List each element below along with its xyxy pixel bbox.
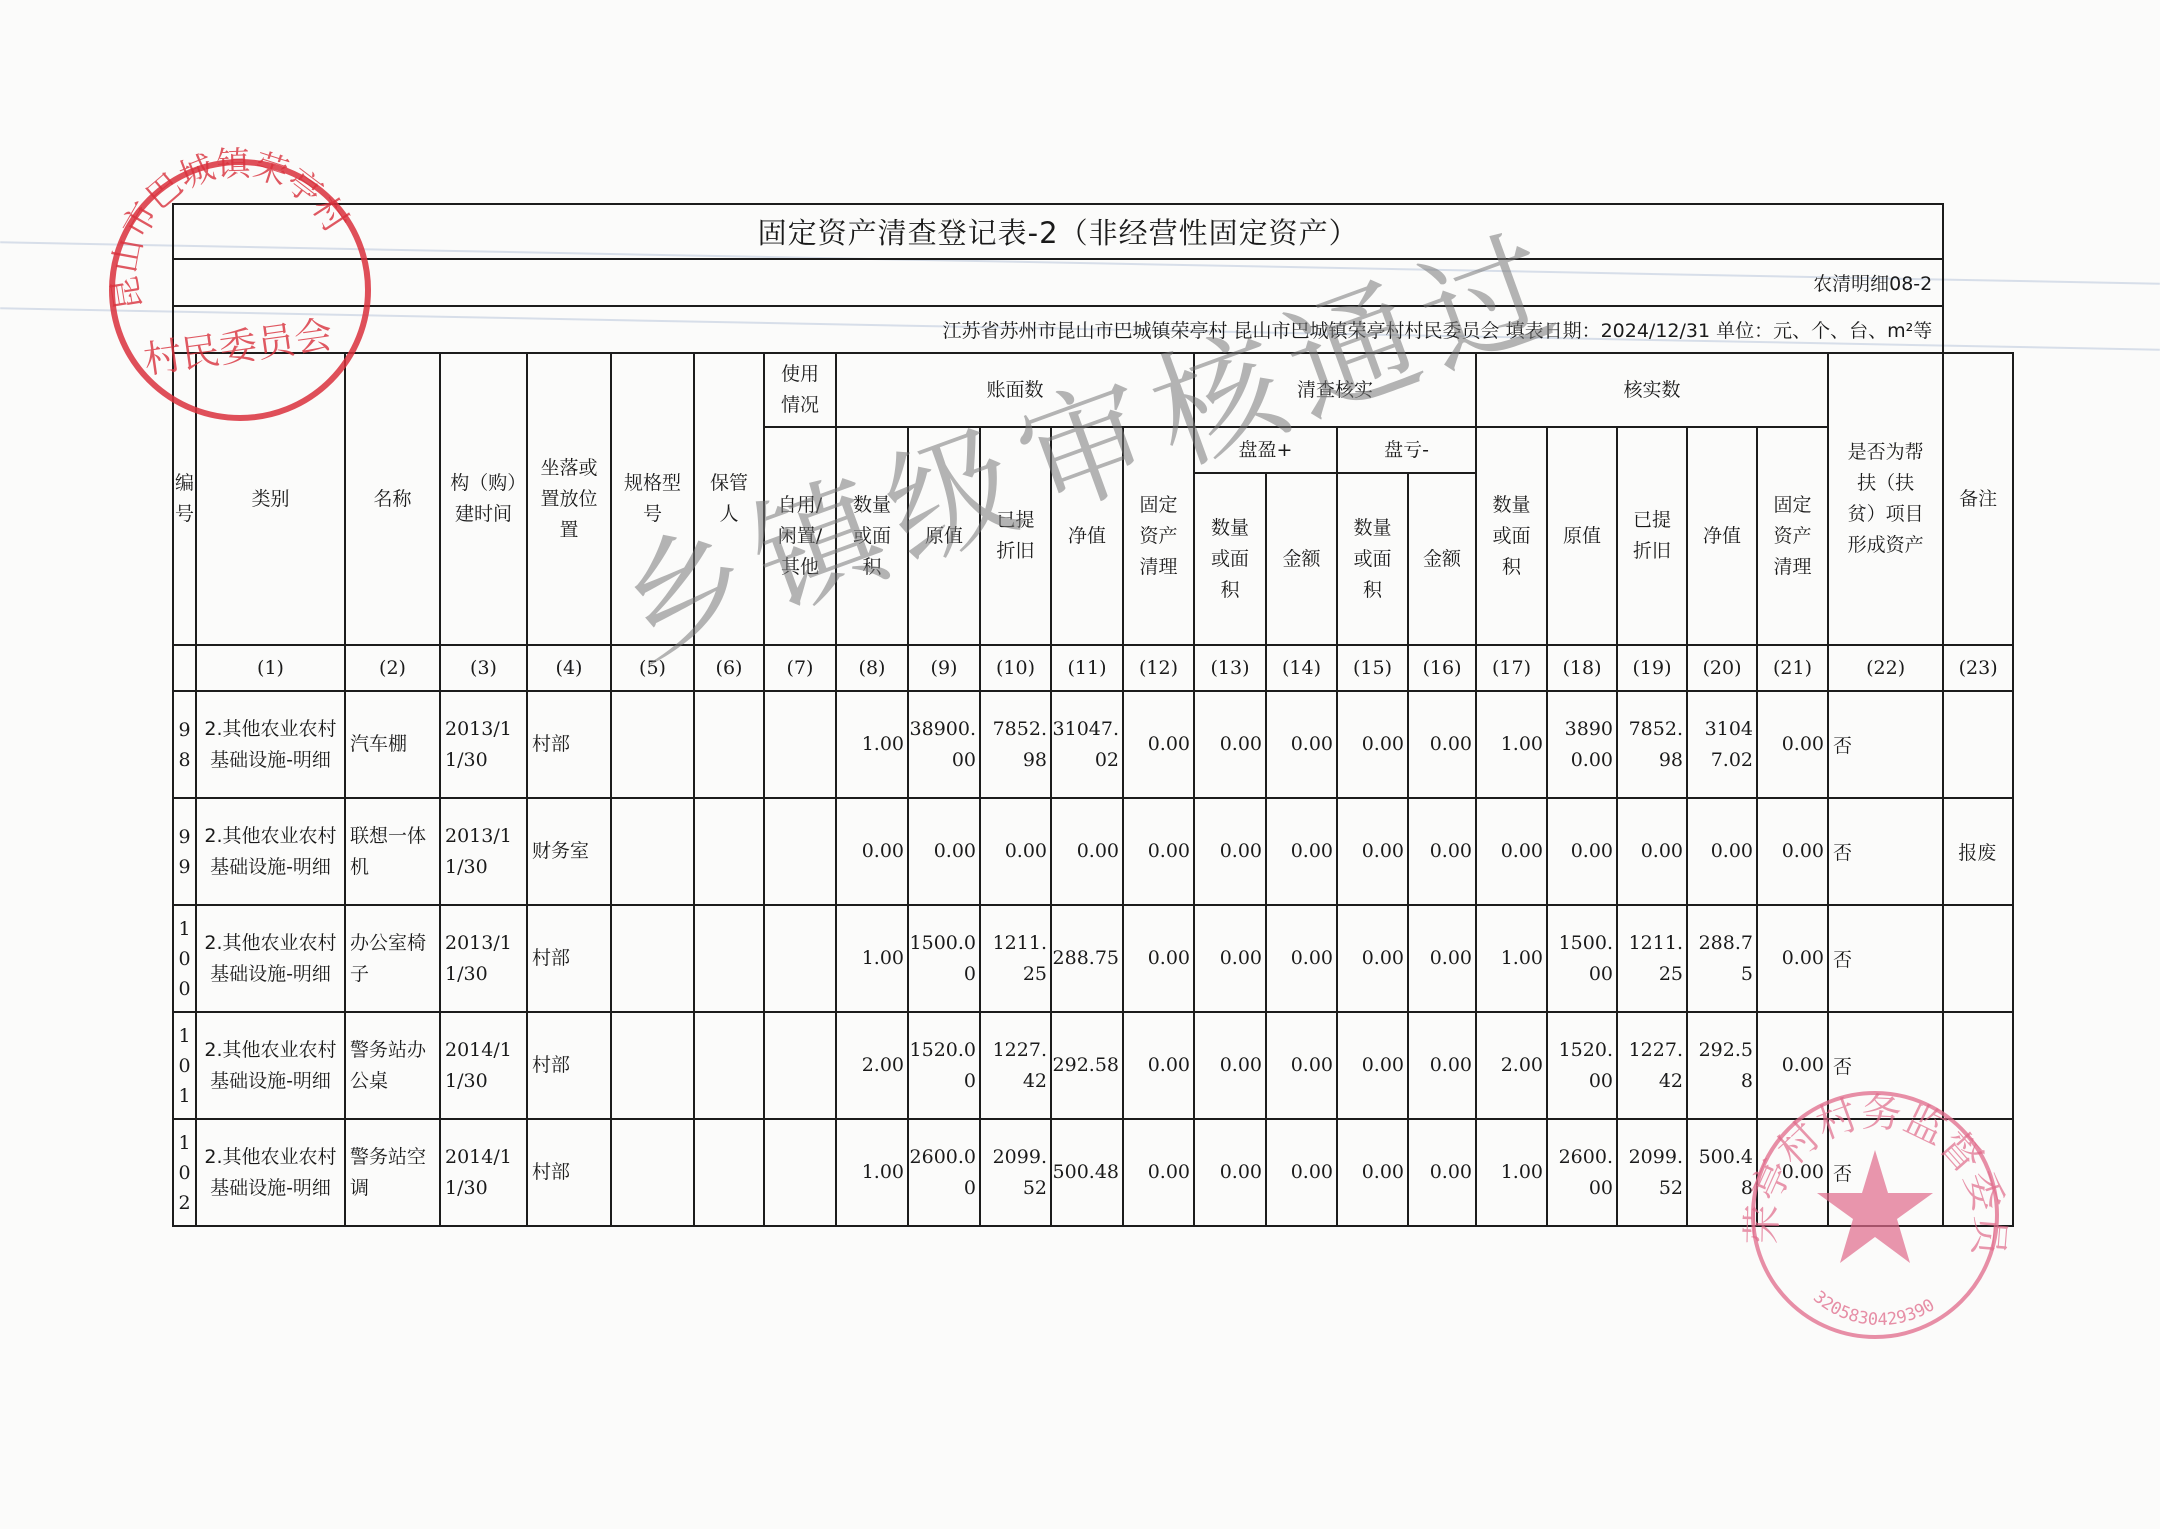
- column-number: (21): [1757, 645, 1828, 691]
- header-ver-net: 净值: [1687, 427, 1757, 645]
- header-loss-amt: 金额: [1408, 473, 1476, 645]
- cell-keeper: [694, 798, 764, 905]
- cell-ver-qty: 1.00: [1476, 905, 1547, 1012]
- cell-name: 联想一体机: [345, 798, 440, 905]
- cell-surplus-qty: 0.00: [1194, 1119, 1266, 1226]
- cell-book-qty: 1.00: [836, 1119, 908, 1226]
- cell-spec: [611, 905, 694, 1012]
- cell-ver-orig: 0.00: [1547, 798, 1617, 905]
- cell-surplus-amt: 0.00: [1266, 1012, 1337, 1119]
- column-number: (6): [694, 645, 764, 691]
- document-page: 固定资产清查登记表-2（非经营性固定资产） 农清明细08-2 江苏省苏州市昆山市…: [0, 0, 2160, 1529]
- cell-ver-dep: 1227.42: [1617, 1012, 1687, 1119]
- cell-book-orig: 1500.00: [908, 905, 980, 1012]
- cell-spec: [611, 798, 694, 905]
- table-row: 1012.其他农业农村基础设施-明细警务站办公桌2014/11/30村部2.00…: [173, 1012, 2013, 1119]
- cell-loss-qty: 0.00: [1337, 1119, 1408, 1226]
- cell-id: 99: [173, 798, 196, 905]
- column-number: (11): [1051, 645, 1123, 691]
- cell-surplus-qty: 0.00: [1194, 691, 1266, 798]
- header-location: 坐落或置放位置: [527, 353, 611, 645]
- cell-id: 98: [173, 691, 196, 798]
- cell-spec: [611, 1119, 694, 1226]
- header-ver-dep: 已提折旧: [1617, 427, 1687, 645]
- header-keeper: 保管人: [694, 353, 764, 645]
- column-number: (8): [836, 645, 908, 691]
- cell-name: 警务站办公桌: [345, 1012, 440, 1119]
- cell-loss-amt: 0.00: [1408, 1119, 1476, 1226]
- cell-loss-qty: 0.00: [1337, 905, 1408, 1012]
- cell-book-dep: 1211.25: [980, 905, 1051, 1012]
- column-number: (19): [1617, 645, 1687, 691]
- cell-usage: [764, 1012, 836, 1119]
- column-number: (22): [1828, 645, 1943, 691]
- cell-book-qty: 2.00: [836, 1012, 908, 1119]
- cell-ver-dep: 7852.98: [1617, 691, 1687, 798]
- column-number-row: (1)(2)(3)(4)(5)(6)(7)(8)(9)(10)(11)(12)(…: [173, 645, 2013, 691]
- form-info-line: 江苏省苏州市昆山市巴城镇荣亭村 昆山市巴城镇荣亭村村民委员会 填表日期：2024…: [173, 306, 1943, 353]
- cell-usage: [764, 691, 836, 798]
- header-ver-orig: 原值: [1547, 427, 1617, 645]
- cell-book-clear: 0.00: [1123, 798, 1194, 905]
- cell-location: 村部: [527, 691, 611, 798]
- cell-remark: [1943, 691, 2013, 798]
- column-number: (12): [1123, 645, 1194, 691]
- cell-book-net: 288.75: [1051, 905, 1123, 1012]
- header-category: 类别: [196, 353, 345, 645]
- header-check-group: 清查核实: [1194, 353, 1476, 427]
- cell-build-time: 2014/11/30: [440, 1012, 527, 1119]
- header-usage: 自用/闲置/其他: [764, 427, 836, 645]
- cell-keeper: [694, 691, 764, 798]
- column-number: (23): [1943, 645, 2013, 691]
- cell-location: 村部: [527, 1119, 611, 1226]
- cell-ver-dep: 2099.52: [1617, 1119, 1687, 1226]
- cell-loss-qty: 0.00: [1337, 1012, 1408, 1119]
- column-number: (18): [1547, 645, 1617, 691]
- cell-location: 村部: [527, 1012, 611, 1119]
- column-number: (9): [908, 645, 980, 691]
- column-number: (3): [440, 645, 527, 691]
- cell-ver-qty: 2.00: [1476, 1012, 1547, 1119]
- cell-book-orig: 0.00: [908, 798, 980, 905]
- cell-usage: [764, 905, 836, 1012]
- header-surplus-qty: 数量或面积: [1194, 473, 1266, 645]
- column-number: (13): [1194, 645, 1266, 691]
- column-number: (10): [980, 645, 1051, 691]
- cell-spec: [611, 1012, 694, 1119]
- column-number: (5): [611, 645, 694, 691]
- cell-ver-net: 500.48: [1687, 1119, 1757, 1226]
- cell-ver-clear: 0.00: [1757, 691, 1828, 798]
- cell-build-time: 2013/11/30: [440, 691, 527, 798]
- cell-remark: [1943, 905, 2013, 1012]
- header-ver-clear: 固定资产清理: [1757, 427, 1828, 645]
- cell-location: 村部: [527, 905, 611, 1012]
- cell-category: 2.其他农业农村基础设施-明细: [196, 905, 345, 1012]
- cell-book-orig: 38900.00: [908, 691, 980, 798]
- cell-category: 2.其他农业农村基础设施-明细: [196, 1012, 345, 1119]
- cell-surplus-amt: 0.00: [1266, 798, 1337, 905]
- cell-surplus-amt: 0.00: [1266, 691, 1337, 798]
- cell-ver-qty: 0.00: [1476, 798, 1547, 905]
- cell-name: 汽车棚: [345, 691, 440, 798]
- column-number: (17): [1476, 645, 1547, 691]
- cell-ver-net: 0.00: [1687, 798, 1757, 905]
- header-loss-group: 盘亏-: [1337, 427, 1476, 473]
- header-ver-qty: 数量或面积: [1476, 427, 1547, 645]
- header-name: 名称: [345, 353, 440, 645]
- cell-surplus-amt: 0.00: [1266, 905, 1337, 1012]
- cell-build-time: 2013/11/30: [440, 905, 527, 1012]
- header-usage-group: 使用情况: [764, 353, 836, 427]
- cell-ver-clear: 0.00: [1757, 798, 1828, 905]
- header-book-group: 账面数: [836, 353, 1194, 427]
- cell-loss-qty: 0.00: [1337, 798, 1408, 905]
- cell-ver-qty: 1.00: [1476, 691, 1547, 798]
- header-build-time: 构（购）建时间: [440, 353, 527, 645]
- cell-loss-amt: 0.00: [1408, 691, 1476, 798]
- cell-surplus-qty: 0.00: [1194, 798, 1266, 905]
- cell-book-qty: 1.00: [836, 691, 908, 798]
- cell-book-dep: 1227.42: [980, 1012, 1051, 1119]
- form-code: 农清明细08-2: [173, 259, 1943, 306]
- cell-ver-net: 288.75: [1687, 905, 1757, 1012]
- cell-location: 财务室: [527, 798, 611, 905]
- column-number: (20): [1687, 645, 1757, 691]
- cell-build-time: 2013/11/30: [440, 798, 527, 905]
- cell-loss-amt: 0.00: [1408, 798, 1476, 905]
- header-remark: 备注: [1943, 353, 2013, 645]
- cell-remark: [1943, 1012, 2013, 1119]
- column-number: (7): [764, 645, 836, 691]
- cell-usage: [764, 798, 836, 905]
- header-surplus-group: 盘盈+: [1194, 427, 1337, 473]
- cell-loss-qty: 0.00: [1337, 691, 1408, 798]
- cell-book-clear: 0.00: [1123, 905, 1194, 1012]
- cell-usage: [764, 1119, 836, 1226]
- cell-book-clear: 0.00: [1123, 1012, 1194, 1119]
- cell-surplus-amt: 0.00: [1266, 1119, 1337, 1226]
- header-loss-qty: 数量或面积: [1337, 473, 1408, 645]
- cell-name: 办公室椅子: [345, 905, 440, 1012]
- cell-book-net: 0.00: [1051, 798, 1123, 905]
- column-number: (16): [1408, 645, 1476, 691]
- header-spec: 规格型号: [611, 353, 694, 645]
- cell-ver-dep: 1211.25: [1617, 905, 1687, 1012]
- cell-ver-orig: 1520.00: [1547, 1012, 1617, 1119]
- cell-ver-clear: 0.00: [1757, 1119, 1828, 1226]
- cell-ver-orig: 1500.00: [1547, 905, 1617, 1012]
- svg-text:3205830429390: 3205830429390: [1809, 1287, 1938, 1330]
- cell-book-dep: 0.00: [980, 798, 1051, 905]
- cell-poverty: 否: [1828, 691, 1943, 798]
- cell-book-orig: 1520.00: [908, 1012, 980, 1119]
- header-book-dep: 已提折旧: [980, 427, 1051, 645]
- table-row: 982.其他农业农村基础设施-明细汽车棚2013/11/30村部1.003890…: [173, 691, 2013, 798]
- header-book-clear: 固定资产清理: [1123, 427, 1194, 645]
- table-row: 1002.其他农业农村基础设施-明细办公室椅子2013/11/30村部1.001…: [173, 905, 2013, 1012]
- header-poverty: 是否为帮扶（扶贫）项目形成资产: [1828, 353, 1943, 645]
- column-number-blank: [173, 645, 196, 691]
- cell-category: 2.其他农业农村基础设施-明细: [196, 691, 345, 798]
- cell-category: 2.其他农业农村基础设施-明细: [196, 1119, 345, 1226]
- cell-book-dep: 7852.98: [980, 691, 1051, 798]
- table-row: 1022.其他农业农村基础设施-明细警务站空调2014/11/30村部1.002…: [173, 1119, 2013, 1226]
- cell-ver-orig: 2600.00: [1547, 1119, 1617, 1226]
- cell-ver-dep: 0.00: [1617, 798, 1687, 905]
- asset-register-table: 固定资产清查登记表-2（非经营性固定资产） 农清明细08-2 江苏省苏州市昆山市…: [172, 203, 2014, 1227]
- cell-remark: [1943, 1119, 2013, 1226]
- cell-book-qty: 1.00: [836, 905, 908, 1012]
- column-number: (14): [1266, 645, 1337, 691]
- cell-spec: [611, 691, 694, 798]
- cell-id: 100: [173, 905, 196, 1012]
- cell-book-dep: 2099.52: [980, 1119, 1051, 1226]
- cell-book-qty: 0.00: [836, 798, 908, 905]
- cell-loss-amt: 0.00: [1408, 1012, 1476, 1119]
- column-number: (4): [527, 645, 611, 691]
- cell-poverty: 否: [1828, 798, 1943, 905]
- header-id: 编号: [173, 353, 196, 645]
- cell-book-net: 31047.02: [1051, 691, 1123, 798]
- cell-ver-net: 31047.02: [1687, 691, 1757, 798]
- cell-remark: 报废: [1943, 798, 2013, 905]
- cell-poverty: 否: [1828, 1119, 1943, 1226]
- cell-loss-amt: 0.00: [1408, 905, 1476, 1012]
- header-verified-group: 核实数: [1476, 353, 1828, 427]
- cell-keeper: [694, 905, 764, 1012]
- cell-ver-orig: 38900.00: [1547, 691, 1617, 798]
- header-surplus-amt: 金额: [1266, 473, 1337, 645]
- cell-book-net: 292.58: [1051, 1012, 1123, 1119]
- cell-ver-qty: 1.00: [1476, 1119, 1547, 1226]
- cell-name: 警务站空调: [345, 1119, 440, 1226]
- cell-id: 102: [173, 1119, 196, 1226]
- header-book-qty: 数量或面积: [836, 427, 908, 645]
- cell-book-clear: 0.00: [1123, 691, 1194, 798]
- table-row: 992.其他农业农村基础设施-明细联想一体机2013/11/30财务室0.000…: [173, 798, 2013, 905]
- cell-book-net: 500.48: [1051, 1119, 1123, 1226]
- header-book-net: 净值: [1051, 427, 1123, 645]
- cell-ver-net: 292.58: [1687, 1012, 1757, 1119]
- cell-ver-clear: 0.00: [1757, 905, 1828, 1012]
- cell-surplus-qty: 0.00: [1194, 905, 1266, 1012]
- cell-book-clear: 0.00: [1123, 1119, 1194, 1226]
- cell-poverty: 否: [1828, 1012, 1943, 1119]
- column-number: (1): [196, 645, 345, 691]
- cell-id: 101: [173, 1012, 196, 1119]
- cell-ver-clear: 0.00: [1757, 1012, 1828, 1119]
- cell-build-time: 2014/11/30: [440, 1119, 527, 1226]
- cell-category: 2.其他农业农村基础设施-明细: [196, 798, 345, 905]
- column-number: (2): [345, 645, 440, 691]
- cell-book-orig: 2600.00: [908, 1119, 980, 1226]
- cell-surplus-qty: 0.00: [1194, 1012, 1266, 1119]
- cell-keeper: [694, 1012, 764, 1119]
- document-title: 固定资产清查登记表-2（非经营性固定资产）: [173, 204, 1943, 259]
- cell-keeper: [694, 1119, 764, 1226]
- header-book-orig: 原值: [908, 427, 980, 645]
- column-number: (15): [1337, 645, 1408, 691]
- cell-poverty: 否: [1828, 905, 1943, 1012]
